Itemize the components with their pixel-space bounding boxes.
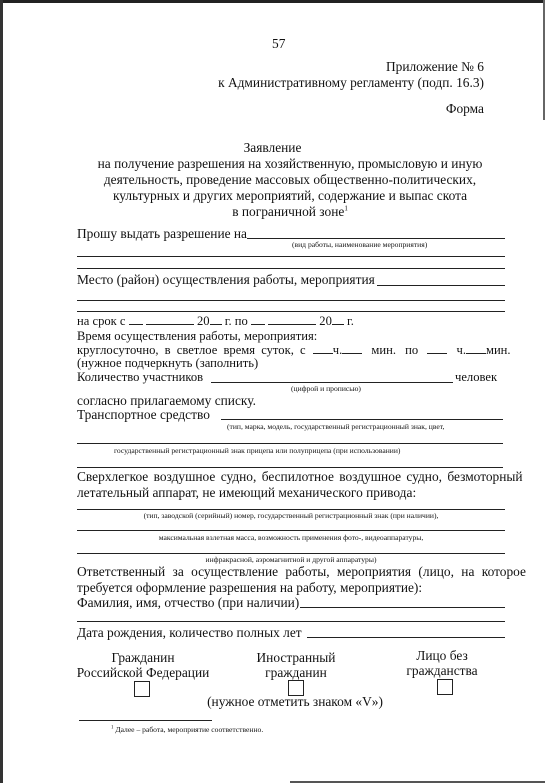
minute-to-label: мин. по xyxy=(371,343,418,357)
title-line-2: деятельность, проведение массовых общест… xyxy=(0,172,545,188)
term-day-from[interactable] xyxy=(129,314,143,325)
aircraft-line-2: летательный аппарат, не имеющий механиче… xyxy=(77,485,416,501)
place-field-line-2[interactable] xyxy=(77,300,505,301)
term-year-prefix-from: 20 xyxy=(197,314,210,328)
vehicle-field-line-2[interactable] xyxy=(77,443,503,444)
term-line: на срок с 20 г. по 20 г. xyxy=(77,314,354,329)
footnote-mark: 1 xyxy=(344,205,348,213)
aircraft-hint-3: инфракрасной, аэромагнитной и другой апп… xyxy=(77,555,505,564)
term-year-from[interactable] xyxy=(210,314,222,325)
birth-label: Дата рождения, количество полных лет xyxy=(77,625,302,641)
hour-unit-2: ч. xyxy=(456,343,465,357)
citizenship-rf-label-1: Гражданин xyxy=(68,650,218,666)
hour-unit: ч. xyxy=(333,343,342,357)
term-month-to[interactable] xyxy=(268,314,316,325)
responsible-line-1: Ответственный за осуществление работы, м… xyxy=(77,564,507,580)
fio-field[interactable] xyxy=(300,607,505,608)
term-day-to[interactable] xyxy=(251,314,265,325)
scan-edge-left xyxy=(0,0,3,783)
footnote-separator xyxy=(79,720,212,721)
citizenship-foreign-label-1: Иностранный xyxy=(221,650,371,666)
time-minute-to[interactable] xyxy=(466,343,486,354)
request-field-line-2[interactable] xyxy=(77,256,505,257)
title-line-4: в пограничной зоне1 xyxy=(0,204,545,220)
place-field-line-3[interactable] xyxy=(77,311,505,312)
title-line-3: культурных и других мероприятий, содержа… xyxy=(0,188,545,204)
participants-label: Количество участников xyxy=(77,370,203,385)
responsible-line-2: требуется оформление разрешения на работ… xyxy=(77,580,422,596)
underline-note: (нужное подчеркнуть (заполнить) xyxy=(77,356,258,371)
vehicle-field[interactable] xyxy=(221,419,503,420)
time-options[interactable]: круглосуточно, в светлое время суток, с xyxy=(77,343,306,357)
term-year-to[interactable] xyxy=(332,314,344,325)
vehicle-label: Транспортное средство xyxy=(77,407,210,423)
minute-unit: мин. xyxy=(486,343,511,357)
footnote-number: 1 xyxy=(111,725,114,730)
vehicle-hint-2: государственный регистрационный знак при… xyxy=(114,446,400,455)
term-month-from[interactable] xyxy=(146,314,194,325)
scan-edge-top xyxy=(0,0,545,3)
appendix-number: Приложение № 6 xyxy=(386,59,484,75)
request-hint: (вид работы, наименование мероприятия) xyxy=(292,240,427,249)
footnote-text: Далее – работа, мероприятие соответствен… xyxy=(115,725,263,734)
document-heading: Заявление xyxy=(0,140,545,156)
citizenship-foreign-label-2: гражданин xyxy=(221,665,371,681)
time-hour-from[interactable] xyxy=(313,343,333,354)
aircraft-field-3[interactable] xyxy=(77,553,505,554)
participants-unit: человек xyxy=(455,370,497,385)
page-number: 57 xyxy=(272,36,285,52)
term-year-suffix: г. xyxy=(347,314,354,328)
citizenship-rf-label-2: Российской Федерации xyxy=(68,665,218,681)
request-field-line-3[interactable] xyxy=(77,268,505,269)
term-year-prefix-to: 20 xyxy=(319,314,332,328)
footnote: 1 Далее – работа, мероприятие соответств… xyxy=(111,725,263,734)
vehicle-hint-1: (тип, марка, модель, государственный рег… xyxy=(227,422,444,431)
request-field[interactable] xyxy=(247,238,505,239)
place-label: Место (район) осуществления работы, меро… xyxy=(77,272,375,288)
citizenship-note: (нужное отметить знаком «V») xyxy=(0,694,545,710)
fio-label: Фамилия, имя, отчество (при наличии) xyxy=(77,595,299,611)
citizenship-stateless-checkbox[interactable] xyxy=(437,679,453,695)
time-label: Время осуществления работы, мероприятия: xyxy=(77,329,317,344)
term-prefix: на срок с xyxy=(77,314,126,328)
time-hour-to[interactable] xyxy=(427,343,447,354)
appendix-reference: к Административному регламенту (подп. 16… xyxy=(218,75,484,91)
citizenship-stateless-label-1: Лицо без xyxy=(367,648,517,664)
time-minute-from[interactable] xyxy=(342,343,362,354)
birth-field[interactable] xyxy=(307,637,505,638)
aircraft-field-1[interactable] xyxy=(77,509,505,510)
title-line-1: на получение разрешения на хозяйственную… xyxy=(0,156,545,172)
aircraft-hint-2: максимальная взлетная масса, возможность… xyxy=(77,533,505,542)
citizenship-stateless-label-2: гражданства xyxy=(367,663,517,679)
request-label: Прошу выдать разрешение на xyxy=(77,226,247,242)
aircraft-hint-1: (тип, заводской (серийный) номер, госуда… xyxy=(77,511,505,520)
document-page: 57 Приложение № 6 к Административному ре… xyxy=(0,0,545,783)
term-to-label: г. по xyxy=(225,314,248,328)
aircraft-field-2[interactable] xyxy=(77,530,505,531)
form-label: Форма xyxy=(446,101,484,117)
participants-hint: (цифрой и прописью) xyxy=(291,384,361,393)
aircraft-line-1: Сверхлегкое воздушное судно, беспилотное… xyxy=(77,469,505,485)
place-field[interactable] xyxy=(377,285,505,286)
fio-field-line-2[interactable] xyxy=(77,621,505,622)
vehicle-field-line-3[interactable] xyxy=(77,467,503,468)
participants-field[interactable] xyxy=(211,382,453,383)
